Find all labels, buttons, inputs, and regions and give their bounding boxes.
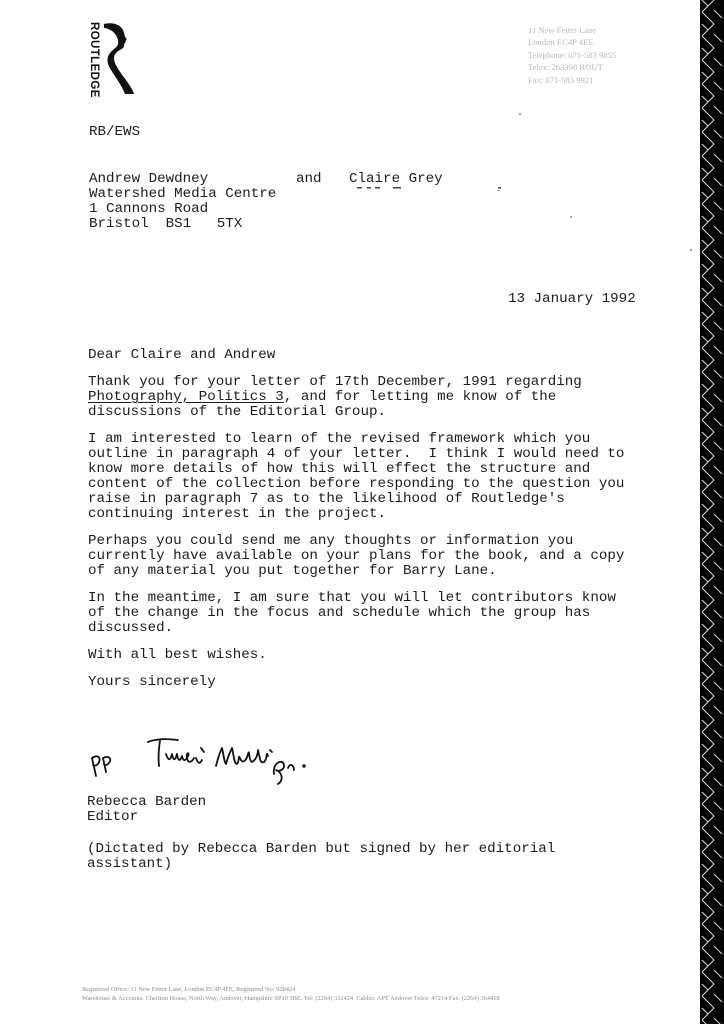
cropped-address-fragment: [353, 186, 503, 190]
scan-speck: [519, 113, 521, 115]
text-line: Perhaps you could send me any thoughts o…: [88, 534, 688, 549]
address-line: Telex: 263398 ROUT: [528, 61, 616, 73]
paragraph: I am interested to learn of the revised …: [88, 432, 688, 522]
text-line: of the change in the focus and schedule …: [88, 606, 688, 621]
closing-line: With all best wishes.: [88, 648, 688, 663]
text-line: discussed.: [88, 621, 688, 636]
publisher-logo-wordmark: ROUTLEDGE: [80, 22, 100, 96]
address-line: Fax: 071-583 9921: [528, 74, 616, 86]
paragraph: Thank you for your letter of 17th Decemb…: [88, 375, 688, 420]
text-line: content of the collection before respond…: [88, 477, 688, 492]
text-line: Thank you for your letter of 17th Decemb…: [88, 375, 688, 390]
signatory-name: Rebecca Barden: [87, 795, 206, 810]
text-line: In the meantime, I am sure that you will…: [88, 591, 688, 606]
text-line: I am interested to learn of the revised …: [88, 432, 688, 447]
recipient-line: Andrew Dewdney: [89, 172, 276, 187]
reference-code: RB/EWS: [89, 125, 140, 140]
text-line: raise in paragraph 7 as to the likelihoo…: [88, 492, 688, 507]
text-line: With all best wishes.: [88, 648, 688, 663]
footer-line: Registered Office: 11 New Fetter Lane, L…: [82, 985, 500, 994]
routledge-logo-icon: [100, 22, 136, 96]
address-line: Telephone: 071-583 9855: [528, 49, 616, 61]
footer-line: Warehouse & Accounts: Cheriton House, No…: [82, 994, 500, 1003]
recipient-line: Watershed Media Centre: [89, 187, 276, 202]
handwritten-signature: [88, 728, 388, 788]
scan-speck: [690, 249, 692, 251]
secondary-recipient-name: Claire Grey: [349, 172, 443, 187]
recipient-line: 1 Cannons Road: [89, 202, 276, 217]
text-line: know more details of how this will effec…: [88, 462, 688, 477]
text-line: continuing interest in the project.: [88, 507, 688, 522]
address-line: 11 New Fetter Lane: [528, 24, 616, 36]
address-line: London EC4P 4EE: [528, 36, 616, 48]
recipient-line: Bristol BS1 5TX: [89, 217, 276, 232]
text-line: of any material you put together for Bar…: [88, 564, 688, 579]
recipient-address: Andrew Dewdney Watershed Media Centre 1 …: [89, 172, 276, 232]
text-line: Photography, Politics 3, and for letting…: [88, 390, 688, 405]
scan-speck: [570, 216, 572, 218]
text-line: outline in paragraph 4 of your letter. I…: [88, 447, 688, 462]
paragraph: In the meantime, I am sure that you will…: [88, 591, 688, 636]
dictation-note: (Dictated by Rebecca Barden but signed b…: [87, 842, 555, 872]
valediction: Yours sincerely: [88, 675, 688, 690]
letterhead-address: 11 New Fetter Lane London EC4P 4EE Telep…: [528, 24, 616, 86]
note-line: (Dictated by Rebecca Barden but signed b…: [87, 842, 555, 857]
recipient-conjunction: and: [296, 172, 322, 187]
signatory-block: Rebecca Barden Editor: [87, 795, 206, 825]
letter-date: 13 January 1992: [508, 292, 636, 307]
scan-edge-pattern: [700, 0, 724, 1024]
book-title: Photography, Politics 3: [88, 389, 284, 405]
scan-speck: [497, 190, 500, 191]
signatory-title: Editor: [87, 810, 206, 825]
text-line: Yours sincerely: [88, 675, 688, 690]
letter-body: Dear Claire and Andrew Thank you for you…: [88, 348, 688, 702]
salutation: Dear Claire and Andrew: [88, 348, 688, 363]
paragraph: Perhaps you could send me any thoughts o…: [88, 534, 688, 579]
text-line: currently have available on your plans f…: [88, 549, 688, 564]
text-line: discussions of the Editorial Group.: [88, 405, 688, 420]
letterhead-footer: Registered Office: 11 New Fetter Lane, L…: [82, 985, 500, 1003]
note-line: assistant): [87, 857, 555, 872]
